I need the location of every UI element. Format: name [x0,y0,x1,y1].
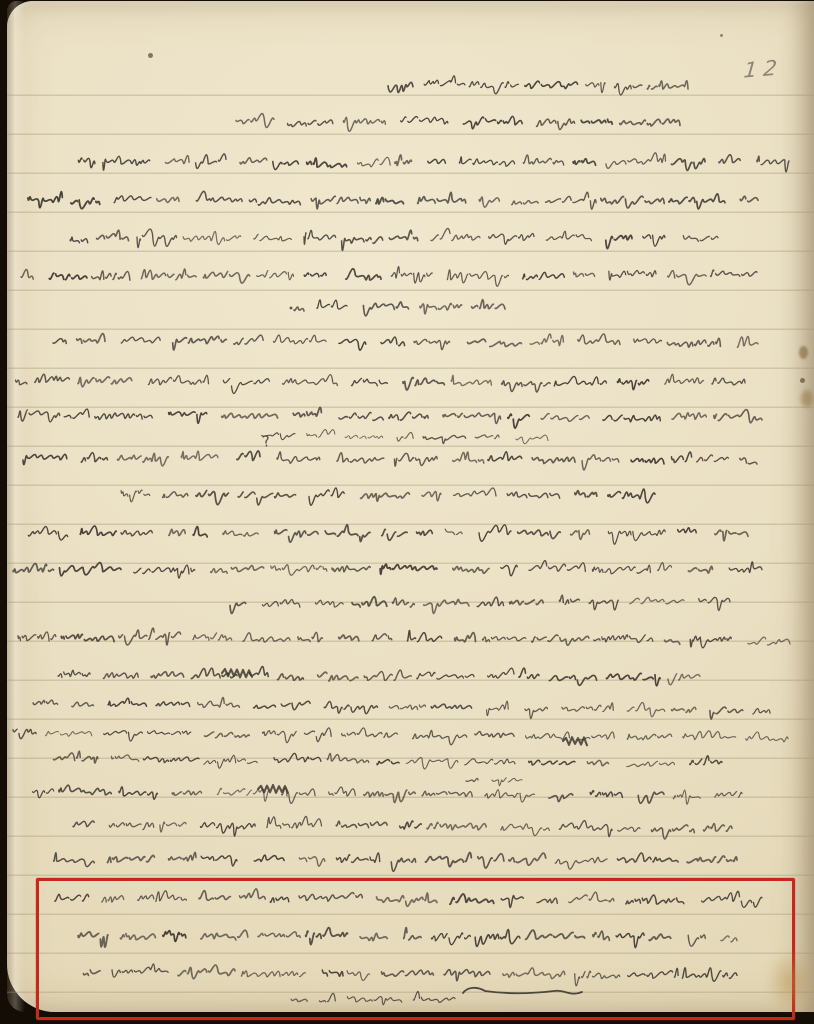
handwriting-hebrew-cursive: ? [0,0,814,1024]
notebook-photo: ? 12 [0,0,814,1024]
page-number: 12 [743,55,784,82]
annotation-highlight-box [36,878,795,1020]
